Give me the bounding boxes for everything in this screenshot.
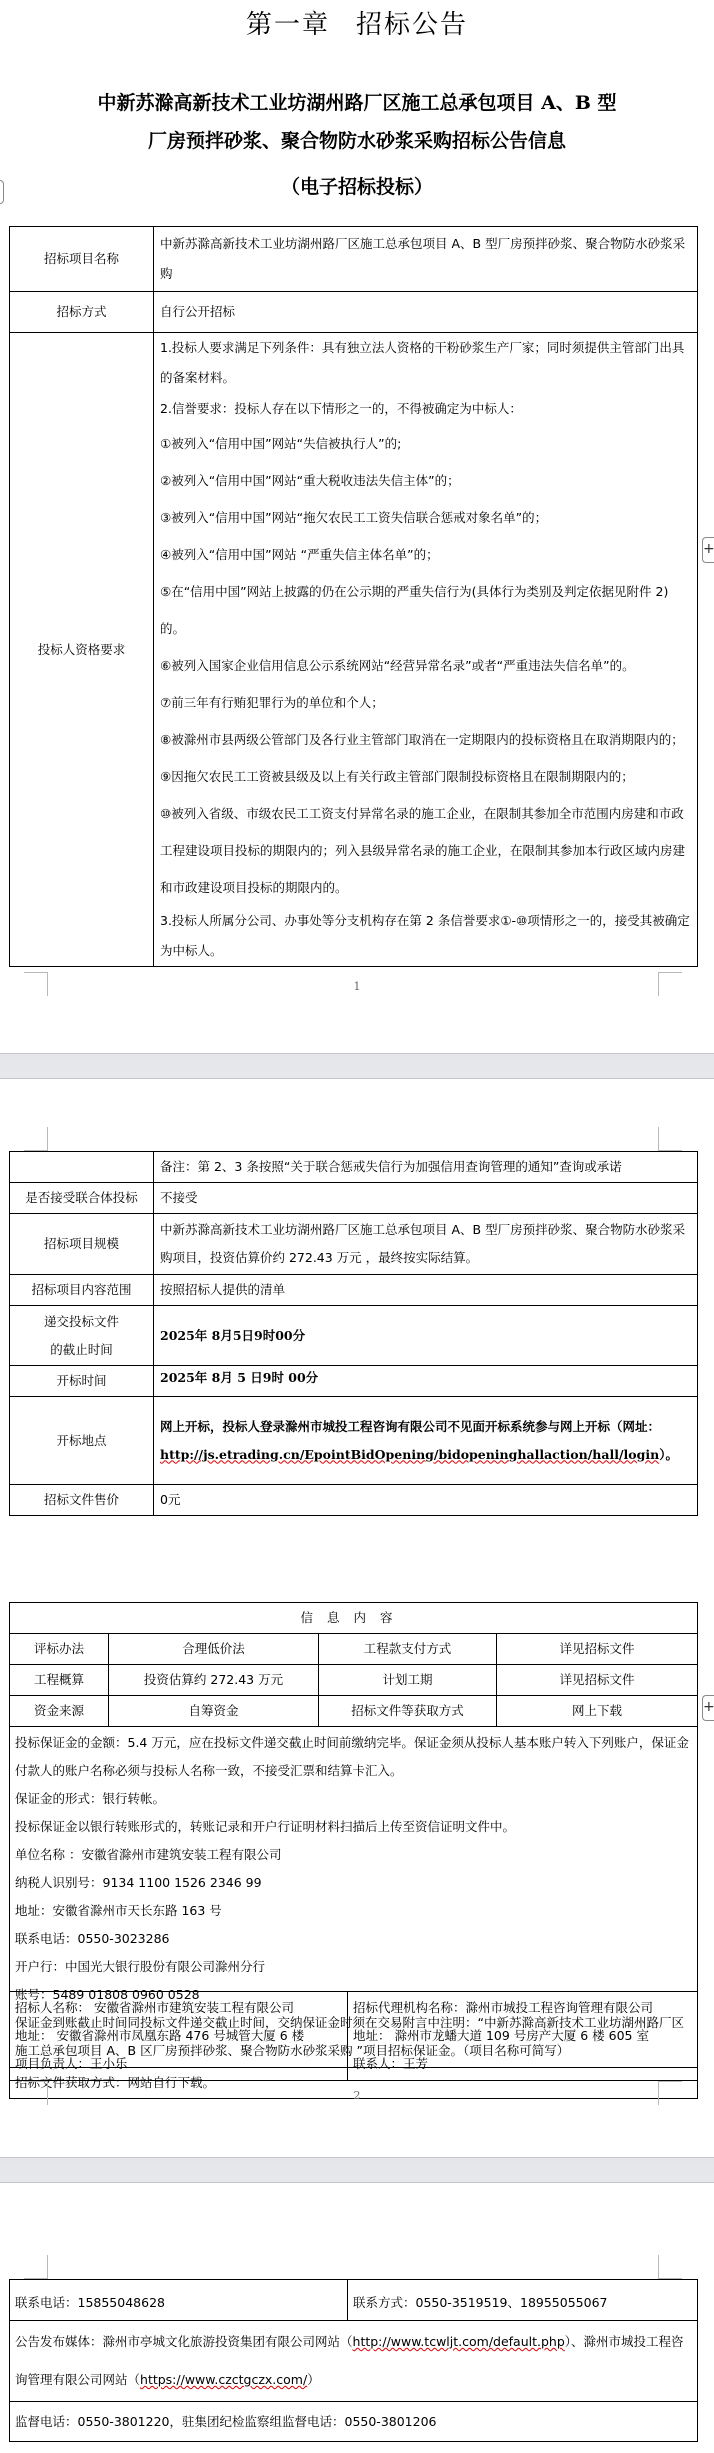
- table-row: 信息内容: [10, 1603, 698, 1634]
- grid-label: 计划工期: [319, 1665, 497, 1696]
- announcement-title-line2: 厂房预拌砂浆、聚合物防水砂浆采购招标公告信息: [0, 126, 714, 153]
- grid-value: 详见招标文件: [497, 1665, 698, 1696]
- page-number: 2: [0, 2089, 714, 2102]
- project-details-table: 备注：第 2、3 条按照“关于联合惩戒失信行为加强信用查询管理的通知”查询或承诺…: [9, 1151, 698, 1516]
- row-label: 递交投标文件的截止时间: [10, 1306, 154, 1366]
- tcwljt-website-link[interactable]: http://www.tcwljt.com/default.php: [353, 2334, 565, 2349]
- row-label: 招标项目内容范围: [10, 1275, 154, 1306]
- tenderer-contact: 项目负责人：王小乐: [15, 2050, 342, 2078]
- row-value: 不接受: [154, 1183, 698, 1214]
- row-value: 0元: [154, 1485, 698, 1516]
- tenderer-address: 地址： 安徽省滁州市凤凰东路 476 号城管大厦 6 楼: [15, 2022, 342, 2050]
- tenderer-info: 招标人名称： 安徽省滁州市建筑安装工程有限公司 地址： 安徽省滁州市凤凰东路 4…: [10, 1992, 348, 2081]
- requirement-item: ④被列入“信用中国”网站 “严重失信主体名单”的；: [160, 536, 691, 573]
- qualification-requirements: 1.投标人要求满足下列条件：具有独立法人资格的干粉砂浆生产厂家；同时须提供主管部…: [154, 333, 698, 967]
- supervision-phones: 监督电话：0550-3801220，驻集团纪检监察组监督电话：0550-3801…: [10, 2402, 698, 2442]
- tenderer-phone: 联系电话：15855048628: [10, 2280, 348, 2321]
- table-row: 公告发布媒体：滁州市亭城文化旅游投资集团有限公司网站（http://www.tc…: [10, 2321, 698, 2402]
- publication-media: 公告发布媒体：滁州市亭城文化旅游投资集团有限公司网站（http://www.tc…: [10, 2321, 698, 2402]
- publication-table: 联系电话：15855048628 联系方式：0550-3519519、18955…: [9, 2279, 698, 2442]
- table-row: 评标办法 合理低价法 工程款支付方式 详见招标文件: [10, 1634, 698, 1665]
- grid-label: 招标文件等获取方式: [319, 1696, 497, 1727]
- grid-label: 资金来源: [10, 1696, 109, 1727]
- row-label: 是否接受联合体投标: [10, 1183, 154, 1214]
- row-label: 开标地点: [10, 1397, 154, 1485]
- grid-value: 网上下载: [497, 1696, 698, 1727]
- page-separator: [0, 1053, 714, 1079]
- requirement-item: ⑥被列入国家企业信用信息公示系统网站“经营异常名录”或者“严重违法失信名单”的。: [160, 647, 691, 684]
- requirement-item: ⑨因拖欠农民工工资被县级及以上有关行政主管部门限制投标资格且在限制期限内的；: [160, 758, 691, 795]
- expand-button[interactable]: +: [702, 537, 714, 563]
- table-row: 工程概算 投资估算约 272.43 万元 计划工期 详见招标文件: [10, 1665, 698, 1696]
- agency-address: 地址： 滁州市龙蟠大道 109 号房产大厦 6 楼 605 室: [353, 2022, 692, 2050]
- grid-value: 合理低价法: [109, 1634, 319, 1665]
- agency-phone: 联系方式：0550-3519519、18955055067: [348, 2280, 698, 2321]
- table-row: 招标项目名称 中新苏滁高新技术工业坊湖州路厂区施工总承包项目 A、B 型厂房预拌…: [10, 227, 698, 292]
- table-row: 招标人名称： 安徽省滁州市建筑安装工程有限公司 地址： 安徽省滁州市凤凰东路 4…: [10, 1992, 698, 2081]
- deposit-proof: 投标保证金以银行转账形式的，转账记录和开户行证明材料扫描后上传至资信证明文件中。: [15, 1813, 692, 1841]
- table-row: 招标项目内容范围 按照招标人提供的清单: [10, 1275, 698, 1306]
- document-page-1: 第一章招标公告 中新苏滁高新技术工业坊湖州路厂区施工总承包项目 A、B 型 厂房…: [0, 0, 714, 1053]
- announcement-title-line1: 中新苏滁高新技术工业坊湖州路厂区施工总承包项目 A、B 型: [0, 88, 714, 115]
- czctgczx-website-link[interactable]: https://www.czctgczx.com/: [140, 2372, 307, 2387]
- document-page-2: 备注：第 2、3 条按照“关于联合惩戒失信行为加强信用查询管理的通知”查询或承诺…: [0, 1079, 714, 2087]
- page-margin-mark: [658, 2255, 682, 2279]
- requirement-item: ⑦前三年有行贿犯罪行为的单位和个人；: [160, 684, 691, 721]
- row-label: 投标人资格要求: [10, 333, 154, 967]
- row-label: 招标项目名称: [10, 227, 154, 292]
- agency-name: 招标代理机构名称：滁州市城投工程咨询管理有限公司: [353, 1994, 692, 2022]
- opening-system-link[interactable]: http://js.etrading.cn/EpointBidOpening/b…: [160, 1447, 659, 1462]
- credit-check-note: 备注：第 2、3 条按照“关于联合惩戒失信行为加强信用查询管理的通知”查询或承诺: [154, 1152, 698, 1183]
- grid-label: 工程概算: [10, 1665, 109, 1696]
- row-label: 招标项目规模: [10, 1214, 154, 1275]
- row-label: 招标方式: [10, 292, 154, 333]
- table-row: 招标文件售价 0元: [10, 1485, 698, 1516]
- requirement-item: ⑤在“信用中国”网站上披露的仍在公示期的严重失信行为(具体行为类别及判定依据见附…: [160, 573, 691, 647]
- table-row: 是否接受联合体投标 不接受: [10, 1183, 698, 1214]
- requirement-item: ②被列入“信用中国”网站“重大税收违法失信主体”的；: [160, 462, 691, 499]
- requirement-paragraph: 3.投标人所属分公司、办事处等分支机构存在第 2 条信誉要求①-⑩项情形之一的，…: [160, 906, 691, 966]
- requirement-item: ⑧被滁州市县两级公管部门及各行业主管部门取消在一定期限内的投标资格且在取消期限内…: [160, 721, 691, 758]
- bank-name: 开户行：中国光大银行股份有限公司滁州分行: [15, 1953, 692, 1981]
- table-row: 投标人资格要求 1.投标人要求满足下列条件：具有独立法人资格的干粉砂浆生产厂家；…: [10, 333, 698, 967]
- table-row: 招标方式 自行公开招标: [10, 292, 698, 333]
- expand-button[interactable]: +: [702, 1695, 714, 1721]
- announcement-subtitle: （电子招标投标）: [0, 172, 714, 199]
- project-info-table: 招标项目名称 中新苏滁高新技术工业坊湖州路厂区施工总承包项目 A、B 型厂房预拌…: [9, 226, 698, 967]
- payee-phone: 联系电话：0550-3023286: [15, 1925, 692, 1953]
- grid-value: 自筹资金: [109, 1696, 319, 1727]
- bid-deadline: 2025年 8月5日9时00分: [154, 1306, 698, 1366]
- table-row: 监督电话：0550-3801220，驻集团纪检监察组监督电话：0550-3801…: [10, 2402, 698, 2442]
- requirement-item: ⑩被列入省级、市级农民工工资支付异常名录的施工企业，在限制其参加全市范围内房建和…: [160, 795, 691, 906]
- chapter-title: 第一章招标公告: [0, 4, 714, 41]
- deposit-amount: 投标保证金的金额：5.4 万元，应在投标文件递交截止时间前缴纳完毕。保证金须从投…: [15, 1729, 692, 1785]
- row-label: 招标文件售价: [10, 1485, 154, 1516]
- grid-value: 投资估算约 272.43 万元: [109, 1665, 319, 1696]
- grid-label: 评标办法: [10, 1634, 109, 1665]
- deposit-form: 保证金的形式：银行转帐。: [15, 1785, 692, 1813]
- opening-time: 2025年 8月 5 日9时 00分: [154, 1366, 698, 1397]
- left-edge-handle[interactable]: [0, 180, 4, 204]
- agency-info: 招标代理机构名称：滁州市城投工程咨询管理有限公司 地址： 滁州市龙蟠大道 109…: [348, 1992, 698, 2081]
- info-content-header: 信息内容: [10, 1603, 698, 1634]
- page-number: 1: [0, 980, 714, 993]
- grid-value: 详见招标文件: [497, 1634, 698, 1665]
- requirement-paragraph: 2.信誉要求：投标人存在以下情形之一的，不得被确定为中标人：: [160, 393, 691, 425]
- contacts-table: 招标人名称： 安徽省滁州市建筑安装工程有限公司 地址： 安徽省滁州市凤凰东路 4…: [9, 1991, 698, 2081]
- row-label-empty: [10, 1152, 154, 1183]
- requirement-paragraph: 1.投标人要求满足下列条件：具有独立法人资格的干粉砂浆生产厂家；同时须提供主管部…: [160, 333, 691, 393]
- requirement-item: ①被列入“信用中国”网站“失信被执行人”的;: [160, 425, 691, 462]
- page-separator: [0, 2157, 714, 2183]
- requirement-item: ③被列入“信用中国”网站“拖欠农民工工资失信联合惩戒对象名单”的；: [160, 499, 691, 536]
- page-margin-mark: [24, 2255, 48, 2279]
- row-value: 中新苏滁高新技术工业坊湖州路厂区施工总承包项目 A、B 型厂房预拌砂浆、聚合物防…: [154, 227, 698, 292]
- opening-location: 网上开标，投标人登录滁州市城投工程咨询有限公司不见面开标系统参与网上开标（网址：…: [154, 1397, 698, 1485]
- table-row: 开标时间 2025年 8月 5 日9时 00分: [10, 1366, 698, 1397]
- taxpayer-id: 纳税人识别号：9134 1100 1526 2346 99: [15, 1869, 692, 1897]
- grid-label: 工程款支付方式: [319, 1634, 497, 1665]
- row-value: 自行公开招标: [154, 292, 698, 333]
- page-margin-mark: [24, 1127, 48, 1151]
- agency-contact: 联系人：王芳: [353, 2050, 692, 2078]
- table-row: 开标地点 网上开标，投标人登录滁州市城投工程咨询有限公司不见面开标系统参与网上开…: [10, 1397, 698, 1485]
- row-label: 开标时间: [10, 1366, 154, 1397]
- table-row: 递交投标文件的截止时间 2025年 8月5日9时00分: [10, 1306, 698, 1366]
- table-row: 备注：第 2、3 条按照“关于联合惩戒失信行为加强信用查询管理的通知”查询或承诺: [10, 1152, 698, 1183]
- payee-name: 单位名称 ：安徽省滁州市建筑安装工程有限公司: [15, 1841, 692, 1869]
- tenderer-name: 招标人名称： 安徽省滁州市建筑安装工程有限公司: [15, 1994, 342, 2022]
- table-row: 资金来源 自筹资金 招标文件等获取方式 网上下载: [10, 1696, 698, 1727]
- payee-address: 地址：安徽省滁州市天长东路 163 号: [15, 1897, 692, 1925]
- row-value: 中新苏滁高新技术工业坊湖州路厂区施工总承包项目 A、B 型厂房预拌砂浆、聚合物防…: [154, 1214, 698, 1275]
- row-value: 按照招标人提供的清单: [154, 1275, 698, 1306]
- table-row: 招标项目规模 中新苏滁高新技术工业坊湖州路厂区施工总承包项目 A、B 型厂房预拌…: [10, 1214, 698, 1275]
- page-margin-mark: [658, 1127, 682, 1151]
- table-row: 联系电话：15855048628 联系方式：0550-3519519、18955…: [10, 2280, 698, 2321]
- document-page-3: 联系电话：15855048628 联系方式：0550-3519519、18955…: [0, 2183, 714, 2453]
